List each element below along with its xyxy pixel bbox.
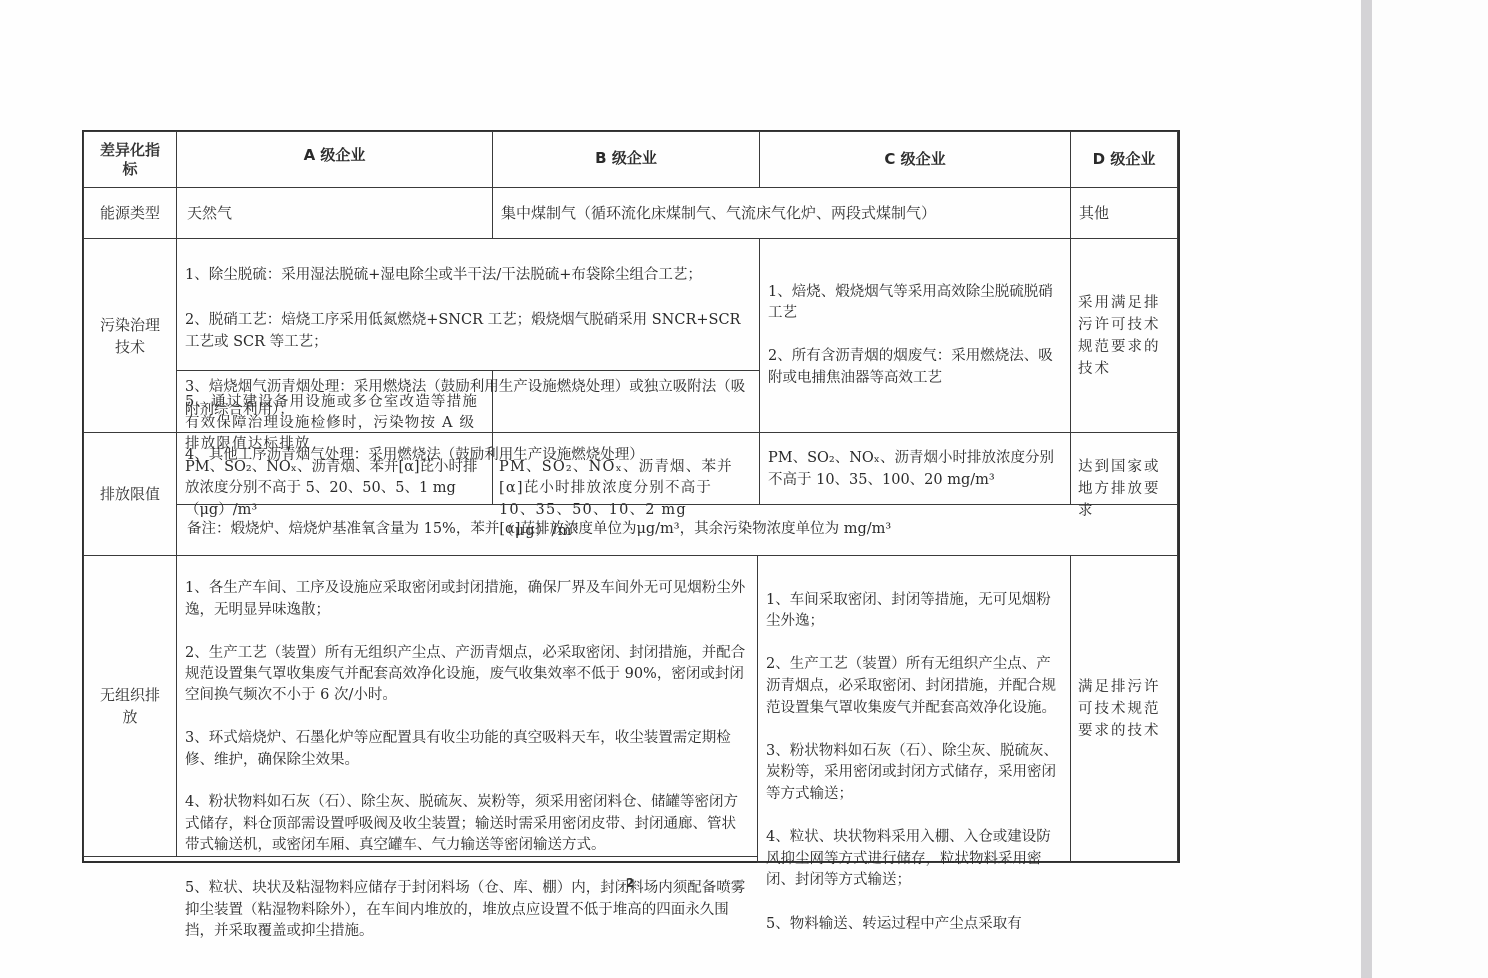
right-empty-pane [1372,0,1488,978]
fugitive-ab-item-2: 2、生产工艺（装置）所有无组织产尘点、产沥青烟点，必采取密闭、封闭措施，并配合规… [185,643,749,707]
fugitive-emissions-grade-d: 满足排污许可技术规范要求的技术 [1070,555,1178,863]
pollution-control-grade-a-item-5: 5、通过建设备用设施或多仓室改造等措施有效保障治理设施检修时，污染物按 A 级排… [176,370,493,433]
row-label-fugitive-emissions: 无组织排放 [83,555,177,857]
pollution-control-grade-ab: 1、除尘脱硫：采用湿法脱硫+湿电除尘或半干法/干法脱硫+布袋除尘组合工艺； 2、… [176,238,760,371]
pollution-control-grade-c: 1、焙烧、煅烧烟气等采用高效除尘脱硫脱硝工艺 2、所有含沥青烟的烟废气：采用燃烧… [759,238,1071,433]
fugitive-emissions-grade-ab: 1、各生产车间、工序及设施应采取密闭或封闭措施，确保厂界及车间外无可见烟粉尘外逸… [176,555,758,857]
fugitive-c-item-2: 2、生产工艺（装置）所有无组织产尘点、产沥青烟点，必采取密闭、封闭措施，并配合规… [766,654,1062,719]
energy-type-grade-a: 天然气 [176,187,493,239]
pollution-control-c-item-1: 1、焙烧、煅烧烟气等采用高效除尘脱硫脱硝工艺 [768,282,1062,325]
row-label-emission-limits: 排放限值 [83,432,177,556]
page-number: 2 [620,876,640,890]
fugitive-ab-item-3: 3、环式焙烧炉、石墨化炉等应配置具有收尘功能的真空吸料天车，收尘装置需定期检修、… [185,728,749,771]
row-label-pollution-control: 污染治理技术 [83,238,177,433]
emission-limits-grade-c: PM、SO₂、NOₓ、沥青烟小时排放浓度分别不高于 10、35、100、20 m… [759,432,1071,505]
fugitive-c-item-5: 5、物料输送、转运过程中产尘点采取有 [766,914,1062,936]
emission-limits-grade-d: 达到国家或地方排放要求 [1070,432,1178,505]
fugitive-c-item-4: 4、粒状、块状物料采用入棚、入仓或建设防风抑尘网等方式进行储存，粒状物料采用密闭… [766,827,1062,892]
header-indicator: 差异化指标 [83,131,177,188]
pollution-control-grade-d: 采用满足排污许可技术规范要求的技术 [1070,238,1178,433]
fugitive-c-item-1: 1、车间采取密闭、封闭等措施，无可见烟粉尘外逸； [766,590,1062,633]
document-page: 差异化指标 A 级企业 B 级企业 C 级企业 D 级企业 能源类型 天然气 集… [0,0,1360,978]
energy-type-grade-bc: 集中煤制气（循环流化床煤制气、气流床气化炉、两段式煤制气） [492,187,1071,239]
pollution-control-ab-item-2: 2、脱硝工艺：焙烧工序采用低氮燃烧+SNCR 工艺；煅烧烟气脱硝采用 SNCR+… [185,309,751,354]
header-grade-b: B 级企业 [492,131,760,188]
fugitive-c-item-3: 3、粉状物料如石灰（石）、除尘灰、脱硫灰、炭粉等，采用密闭或封闭方式储存，采用密… [766,741,1062,806]
fugitive-emissions-grade-c: 1、车间采取密闭、封闭等措施，无可见烟粉尘外逸； 2、生产工艺（装置）所有无组织… [757,555,1071,863]
pollution-control-ab-item-1: 1、除尘脱硫：采用湿法脱硫+湿电除尘或半干法/干法脱硫+布袋除尘组合工艺； [185,264,751,287]
pollution-control-c-list: 1、焙烧、煅烧烟气等采用高效除尘脱硫脱硝工艺 2、所有含沥青烟的烟废气：采用燃烧… [768,260,1062,411]
header-grade-d: D 级企业 [1070,131,1178,188]
row-label-energy-type: 能源类型 [83,187,177,239]
energy-type-grade-d: 其他 [1070,187,1178,239]
vertical-scrollbar[interactable] [1361,0,1372,978]
emission-limits-grade-b: PM、SO₂、NOₓ、沥青烟、苯并[α]芘小时排放浓度分别不高于 10、35、5… [492,432,760,505]
fugitive-ab-item-1: 1、各生产车间、工序及设施应采取密闭或封闭措施，确保厂界及车间外无可见烟粉尘外逸… [185,578,749,621]
fugitive-ab-item-4: 4、粉状物料如石灰（石）、除尘灰、脱硫灰、炭粉等，须采用密闭料仓、储罐等密闭方式… [185,792,749,856]
header-grade-a: A 级企业 [176,131,493,188]
header-grade-c: C 级企业 [759,131,1071,188]
pollution-control-grade-b-item-5 [492,370,760,433]
emission-limits-note: 备注：煅烧炉、焙烧炉基准氧含量为 15%，苯并[α]芘排放浓度单位为μg/m³，… [176,504,1178,556]
emission-limits-grade-a: PM、SO₂、NOₓ、沥青烟、苯并[α]芘小时排放浓度分别不高于 5、20、50… [176,432,493,505]
pollution-control-c-item-2: 2、所有含沥青烟的烟废气：采用燃烧法、吸附或电捕焦油器等高效工艺 [768,346,1062,389]
fugitive-ab-item-5: 5、粒状、块状及粘湿物料应储存于封闭料场（仓、库、棚）内，封闭料场内须配备喷雾抑… [185,878,749,942]
